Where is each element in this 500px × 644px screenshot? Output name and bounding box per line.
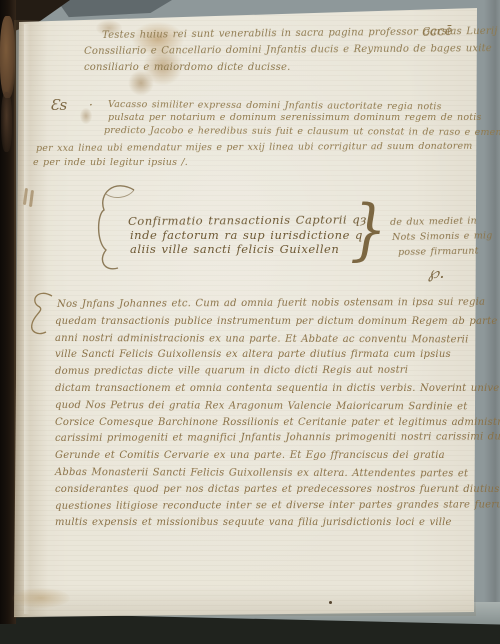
- ink-speck: [329, 601, 332, 604]
- margin-note-flourish: ℘.: [428, 263, 445, 282]
- ink-stain: [128, 70, 154, 96]
- body-line: multis expensis et missionibus sequute v…: [55, 517, 452, 528]
- dot-mark: ·: [89, 98, 93, 112]
- es-paragraph-mark: Ɛs: [50, 96, 67, 114]
- body-line: ville Sancti Felicis Guixollensis ex alt…: [55, 349, 451, 360]
- body-line: dictam transactionem et omnia contenta s…: [55, 383, 500, 394]
- page-bottom-shade: [14, 586, 476, 616]
- margin-note-line: de dux mediet in: [390, 215, 477, 228]
- body-line: carissimi primogeniti et magnifici Jnfan…: [55, 431, 500, 444]
- ink-stain: [12, 588, 70, 608]
- closing-note-line: e per inde ubi legitur ipsius /.: [33, 157, 188, 168]
- body-line: anni nostri administracionis ex una part…: [55, 333, 469, 345]
- body-line: Gerunde et Comitis Cervarie ex una parte…: [55, 450, 445, 461]
- body-line: quedam transactionis publice instrumentu…: [55, 316, 500, 327]
- spine-leather-patch: [0, 16, 15, 98]
- rubric-closing-brace: }: [350, 190, 387, 268]
- closing-note-line: per xxa linea ubi emendatur mijes e per …: [36, 141, 473, 154]
- body-line: questiones litigiose reconducte inter se…: [55, 499, 500, 512]
- body-line: Abbas Monasterii Sancti Felicis Guixolle…: [55, 467, 468, 479]
- closing-note-line: predicto Jacobo e heredibus suis fuit e …: [104, 125, 500, 138]
- body-initial-flourish: [28, 292, 58, 338]
- rubric-line: aliis ville sancti felicis Guixellen: [130, 242, 339, 256]
- header-line: consiliario e maiordomo dicte ducisse.: [84, 62, 291, 73]
- body-line: Nos Jnfans Johannes etc. Cum ad omnia fu…: [57, 297, 485, 310]
- body-line: Corsice Comesque Barchinone Rossilionis …: [55, 417, 500, 428]
- body-line: quod Nos Petrus dei gratia Rex Aragonum …: [55, 400, 468, 412]
- margin-note-line: Nots Simonis e mig: [392, 230, 493, 243]
- margin-note-line: posse firmarunt: [398, 246, 479, 258]
- mat-shadow-wedge: [52, 0, 172, 18]
- body-line: domus predictas dicte ville quarum in di…: [55, 365, 408, 377]
- manuscript-photo: cccē Testes huius rei sunt venerabilis i…: [0, 0, 500, 644]
- rubric-line: inde factorum ra sup iurisdictione q: [130, 228, 363, 242]
- closing-note-line: Vacasso similiter expressa domini Jnfant…: [108, 99, 442, 112]
- body-line: considerantes quod per nos dictas partes…: [55, 484, 500, 495]
- rubric-line: Confirmatio transactionis Captorii qȝ: [128, 212, 367, 228]
- spine-leather-shadow: [1, 92, 12, 152]
- closing-note-line: pulsata per notarium e dominum serenissi…: [108, 112, 482, 123]
